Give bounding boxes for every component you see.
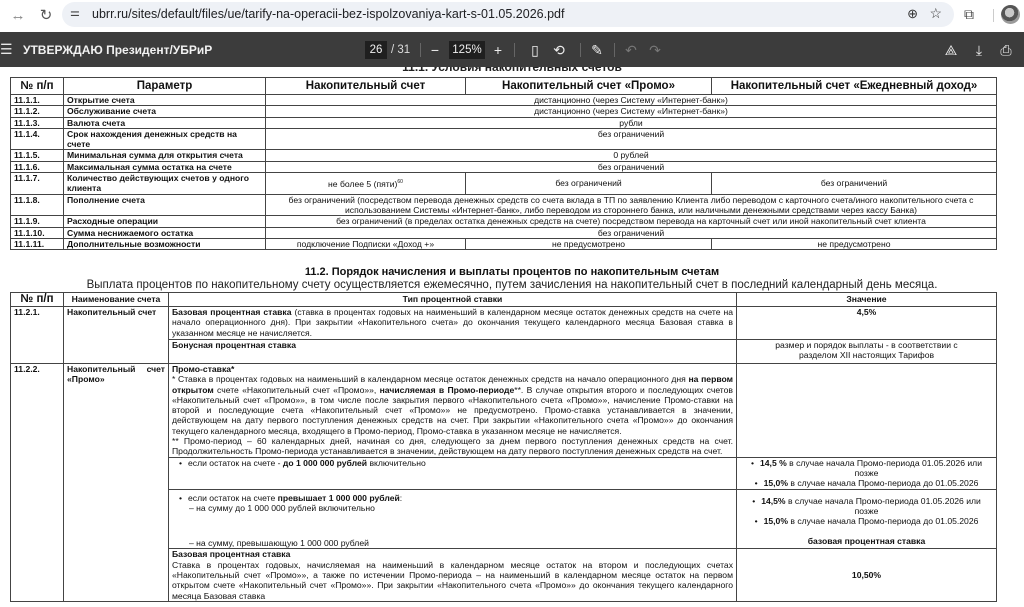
row-value: без ограничений <box>266 128 997 150</box>
rate-item: базовая процентная ставка <box>740 536 993 546</box>
rate-type: Базовая процентная ставка (ставка в проц… <box>169 307 737 340</box>
row-number: 11.1.6. <box>11 161 64 172</box>
redo-icon: ↷ <box>649 42 661 58</box>
reload-button[interactable]: ↻ <box>34 3 58 27</box>
column-header: Накопительный счет «Ежедневный доход» <box>712 78 997 95</box>
section-title-cut: 11.1. Условия накопительных счетов <box>0 67 1024 74</box>
rate-description: * Ставка в процентах годовых на наименьш… <box>172 374 733 436</box>
forward-button[interactable]: → <box>6 3 30 27</box>
row-value: дистанционно (через Систему «Интернет-ба… <box>266 95 997 106</box>
rotate-button[interactable]: ⟲ <box>550 41 568 59</box>
pen-icon: ✎ <box>591 42 603 58</box>
row-parameter: Расходные операции <box>64 216 266 227</box>
zoom-magnifier-icon[interactable]: ⊕ <box>907 6 918 22</box>
url-text[interactable]: ubrr.ru/sites/default/files/ue/tarify-na… <box>92 7 564 21</box>
table-row: 11.1.10.Сумма неснижаемого остаткабез ог… <box>11 227 997 238</box>
zoom-level-input[interactable]: 125% <box>449 41 485 59</box>
table-header-row: № п/п Параметр Накопительный счет Накопи… <box>11 78 997 95</box>
row-value: 0 рублей <box>266 150 997 161</box>
rate-item: 15,0% в случае начала Промо-периода до 0… <box>740 478 993 488</box>
table-row: 11.1.4.Срок нахождения денежных средств … <box>11 128 997 150</box>
extensions-puzzle-icon[interactable]: ⧉ <box>964 6 974 23</box>
drive-icon: ⟁ <box>945 42 958 58</box>
row-number: 11.2.1. <box>11 307 64 364</box>
column-header: Наименование счета <box>64 293 169 307</box>
pdf-toolbar: ☰ УТВЕРЖДАЮ Президент/УБРиР 26 / 31 − 12… <box>0 32 1024 67</box>
column-header: Тип процентной ставки <box>169 293 737 307</box>
row-number: 11.1.10. <box>11 227 64 238</box>
address-bar[interactable]: ⚌ ubrr.ru/sites/default/files/ue/tarify-… <box>62 2 954 27</box>
row-parameter: Пополнение счета <box>64 194 266 216</box>
table-row: 11.2.1. Накопительный счет Базовая проце… <box>11 307 997 340</box>
row-value: без ограничений <box>266 161 997 172</box>
accounts-conditions-table: № п/п Параметр Накопительный счет Накопи… <box>10 77 997 250</box>
print-icon: ⎙ <box>1000 42 1011 58</box>
download-icon: ⤓ <box>976 42 982 58</box>
divider <box>580 43 581 57</box>
rate-item: 14,5 % в случае начала Промо-периода 01.… <box>740 458 993 479</box>
table-row: 11.1.8.Пополнение счетабез ограничений (… <box>11 194 997 216</box>
zoom-in-button[interactable]: + <box>489 41 507 59</box>
row-value: дистанционно (через Систему «Интернет-ба… <box>266 106 997 117</box>
row-parameter: Валюта счета <box>64 117 266 128</box>
condition: если остаток на счете превышает 1 000 00… <box>169 489 737 549</box>
page-number-input[interactable]: 26 <box>365 41 387 59</box>
rate-type: Промо-ставка* * Ставка в процентах годов… <box>169 364 737 458</box>
rate-value: размер и порядок выплаты - в соответстви… <box>737 340 997 364</box>
table-row: 11.1.3.Валюта счетарубли <box>11 117 997 128</box>
divider <box>614 43 615 57</box>
row-number: 11.2.2. <box>11 364 64 602</box>
row-value: не предусмотрено <box>466 238 712 249</box>
row-number: 11.1.8. <box>11 194 64 216</box>
section-subtitle: Выплата процентов по накопительному счет… <box>0 279 1024 291</box>
table-row: 11.1.6.Максимальная сумма остатка на сче… <box>11 161 997 172</box>
table-row: 11.2.2. Накопительный счет «Промо» Промо… <box>11 364 997 458</box>
column-header: Накопительный счет <box>266 78 466 95</box>
redo-button[interactable]: ↷ <box>646 41 664 59</box>
rate-label: Базовая процентная ставка <box>172 307 292 317</box>
divider <box>420 43 421 57</box>
document-title: УТВЕРЖДАЮ Президент/УБРиР <box>23 43 212 57</box>
rate-label: Промо-ставка* <box>172 364 733 374</box>
row-value: подключение Подписки «Доход +» <box>266 238 466 249</box>
browser-toolbar: ← → ↻ ⚌ ubrr.ru/sites/default/files/ue/t… <box>0 0 1024 30</box>
table-row: 11.1.9.Расходные операциибез ограничений… <box>11 216 997 227</box>
text: * Ставка в процентах годовых на наименьш… <box>172 374 688 384</box>
rate-label: Бонусная процентная ставка <box>169 340 737 364</box>
row-parameter: Срок нахождения денежных средств на счет… <box>64 128 266 150</box>
column-header: Значение <box>737 293 997 307</box>
menu-hamburger-icon[interactable]: ☰ <box>0 41 13 58</box>
site-info-icon[interactable]: ⚌ <box>70 6 79 19</box>
annotate-button[interactable]: ✎ <box>588 41 606 59</box>
row-value: не более 5 (пяти)60 <box>266 173 466 195</box>
row-value: без ограничений (в пределах остатка дене… <box>266 216 997 227</box>
row-parameter: Открытие счета <box>64 95 266 106</box>
bookmark-star-icon[interactable]: ☆ <box>929 5 942 22</box>
download-button[interactable]: ⤓ <box>970 41 988 59</box>
rate-type: Базовая процентная ставка Ставка в проце… <box>169 549 737 601</box>
row-value: без ограничений <box>266 227 997 238</box>
divider <box>993 9 994 22</box>
row-number: 11.1.4. <box>11 128 64 150</box>
divider <box>514 43 515 57</box>
minus-icon: − <box>431 42 439 58</box>
forward-arrow-icon: → <box>11 7 26 24</box>
row-value: рубли <box>266 117 997 128</box>
sub-condition: – на сумму до 1 000 000 рублей включител… <box>179 503 733 513</box>
row-number: 11.1.5. <box>11 150 64 161</box>
condition-item: если остаток на счете превышает 1 000 00… <box>179 493 733 503</box>
value-text: не более 5 (пяти) <box>328 179 397 189</box>
column-header: Параметр <box>64 78 266 95</box>
save-to-drive-button[interactable]: ⟁ <box>942 41 960 59</box>
fit-page-icon: ▯ <box>531 42 539 58</box>
undo-button[interactable]: ↶ <box>622 41 640 59</box>
text: начисляемая в Промо-периоде <box>380 385 515 395</box>
row-number: 11.1.1. <box>11 95 64 106</box>
row-parameter: Сумма неснижаемого остатка <box>64 227 266 238</box>
print-button[interactable]: ⎙ <box>997 41 1015 59</box>
footnote-text: ** Промо-период – 60 календарных дней, н… <box>172 436 733 457</box>
column-header: Накопительный счет «Промо» <box>466 78 712 95</box>
row-parameter: Обслуживание счета <box>64 106 266 117</box>
row-parameter: Максимальная сумма остатка на счете <box>64 161 266 172</box>
row-number: 11.1.2. <box>11 106 64 117</box>
table-row: 11.1.1.Открытие счетадистанционно (через… <box>11 95 997 106</box>
row-parameter: Минимальная сумма для открытия счета <box>64 150 266 161</box>
zoom-out-button[interactable]: − <box>426 41 444 59</box>
row-value: без ограничений <box>466 173 712 195</box>
rate-label: Базовая процентная ставка <box>172 549 733 559</box>
pdf-page: 11.1. Условия накопительных счетов № п/п… <box>0 67 1024 607</box>
table-row: 11.1.2.Обслуживание счетадистанционно (ч… <box>11 106 997 117</box>
column-header: № п/п <box>11 78 64 95</box>
row-parameter: Количество действующих счетов у одного к… <box>64 173 266 195</box>
plus-icon: + <box>494 42 502 58</box>
rate-description: Ставка в процентах годовых, начисляемая … <box>172 560 733 601</box>
rate-item: 14,5% в случае начала Промо-периода 01.0… <box>740 496 993 517</box>
footnote-marker: 60 <box>397 179 403 185</box>
page-total: / 31 <box>391 44 410 56</box>
section-title: 11.2. Порядок начисления и выплаты проце… <box>0 266 1024 278</box>
text: счете «Накопительный счет «Промо»», <box>214 385 380 395</box>
row-value: без ограничений <box>712 173 997 195</box>
rate-value: 14,5% в случае начала Промо-периода 01.0… <box>737 489 997 549</box>
row-parameter: Дополнительные возможности <box>64 238 266 249</box>
row-number: 11.1.3. <box>11 117 64 128</box>
rate-value <box>737 364 997 458</box>
reload-icon: ↻ <box>40 6 53 24</box>
table-row: 11.1.11. Дополнительные возможности подк… <box>11 238 997 249</box>
rate-item: 15,0% в случае начала Промо-периода до 0… <box>740 516 993 526</box>
sub-condition: – на сумму, превышающую 1 000 000 рублей <box>179 538 733 548</box>
column-header: № п/п <box>11 293 64 307</box>
condition: если остаток на счете - до 1 000 000 руб… <box>169 457 737 489</box>
account-name: Накопительный счет «Промо» <box>64 364 169 602</box>
fit-page-button[interactable]: ▯ <box>526 41 544 59</box>
row-value: не предусмотрено <box>712 238 997 249</box>
row-number: 11.1.11. <box>11 238 64 249</box>
interest-rates-table: № п/п Наименование счета Тип процентной … <box>10 292 997 602</box>
rate-value: 14,5 % в случае начала Промо-периода 01.… <box>737 457 997 489</box>
condition-item: если остаток на счете - до 1 000 000 руб… <box>179 458 733 468</box>
rate-value: 4,5% <box>737 307 997 340</box>
rotate-icon: ⟲ <box>553 42 565 58</box>
profile-avatar[interactable] <box>1001 5 1020 24</box>
undo-icon: ↶ <box>625 42 637 58</box>
row-number: 11.1.7. <box>11 173 64 195</box>
row-number: 11.1.9. <box>11 216 64 227</box>
rate-value: 10,50% <box>737 549 997 601</box>
table-header-row: № п/п Наименование счета Тип процентной … <box>11 293 997 307</box>
table-row: 11.1.7. Количество действующих счетов у … <box>11 173 997 195</box>
row-value: без ограничений (посредством перевода де… <box>266 194 997 216</box>
account-name: Накопительный счет <box>64 307 169 364</box>
table-row: 11.1.5.Минимальная сумма для открытия сч… <box>11 150 997 161</box>
